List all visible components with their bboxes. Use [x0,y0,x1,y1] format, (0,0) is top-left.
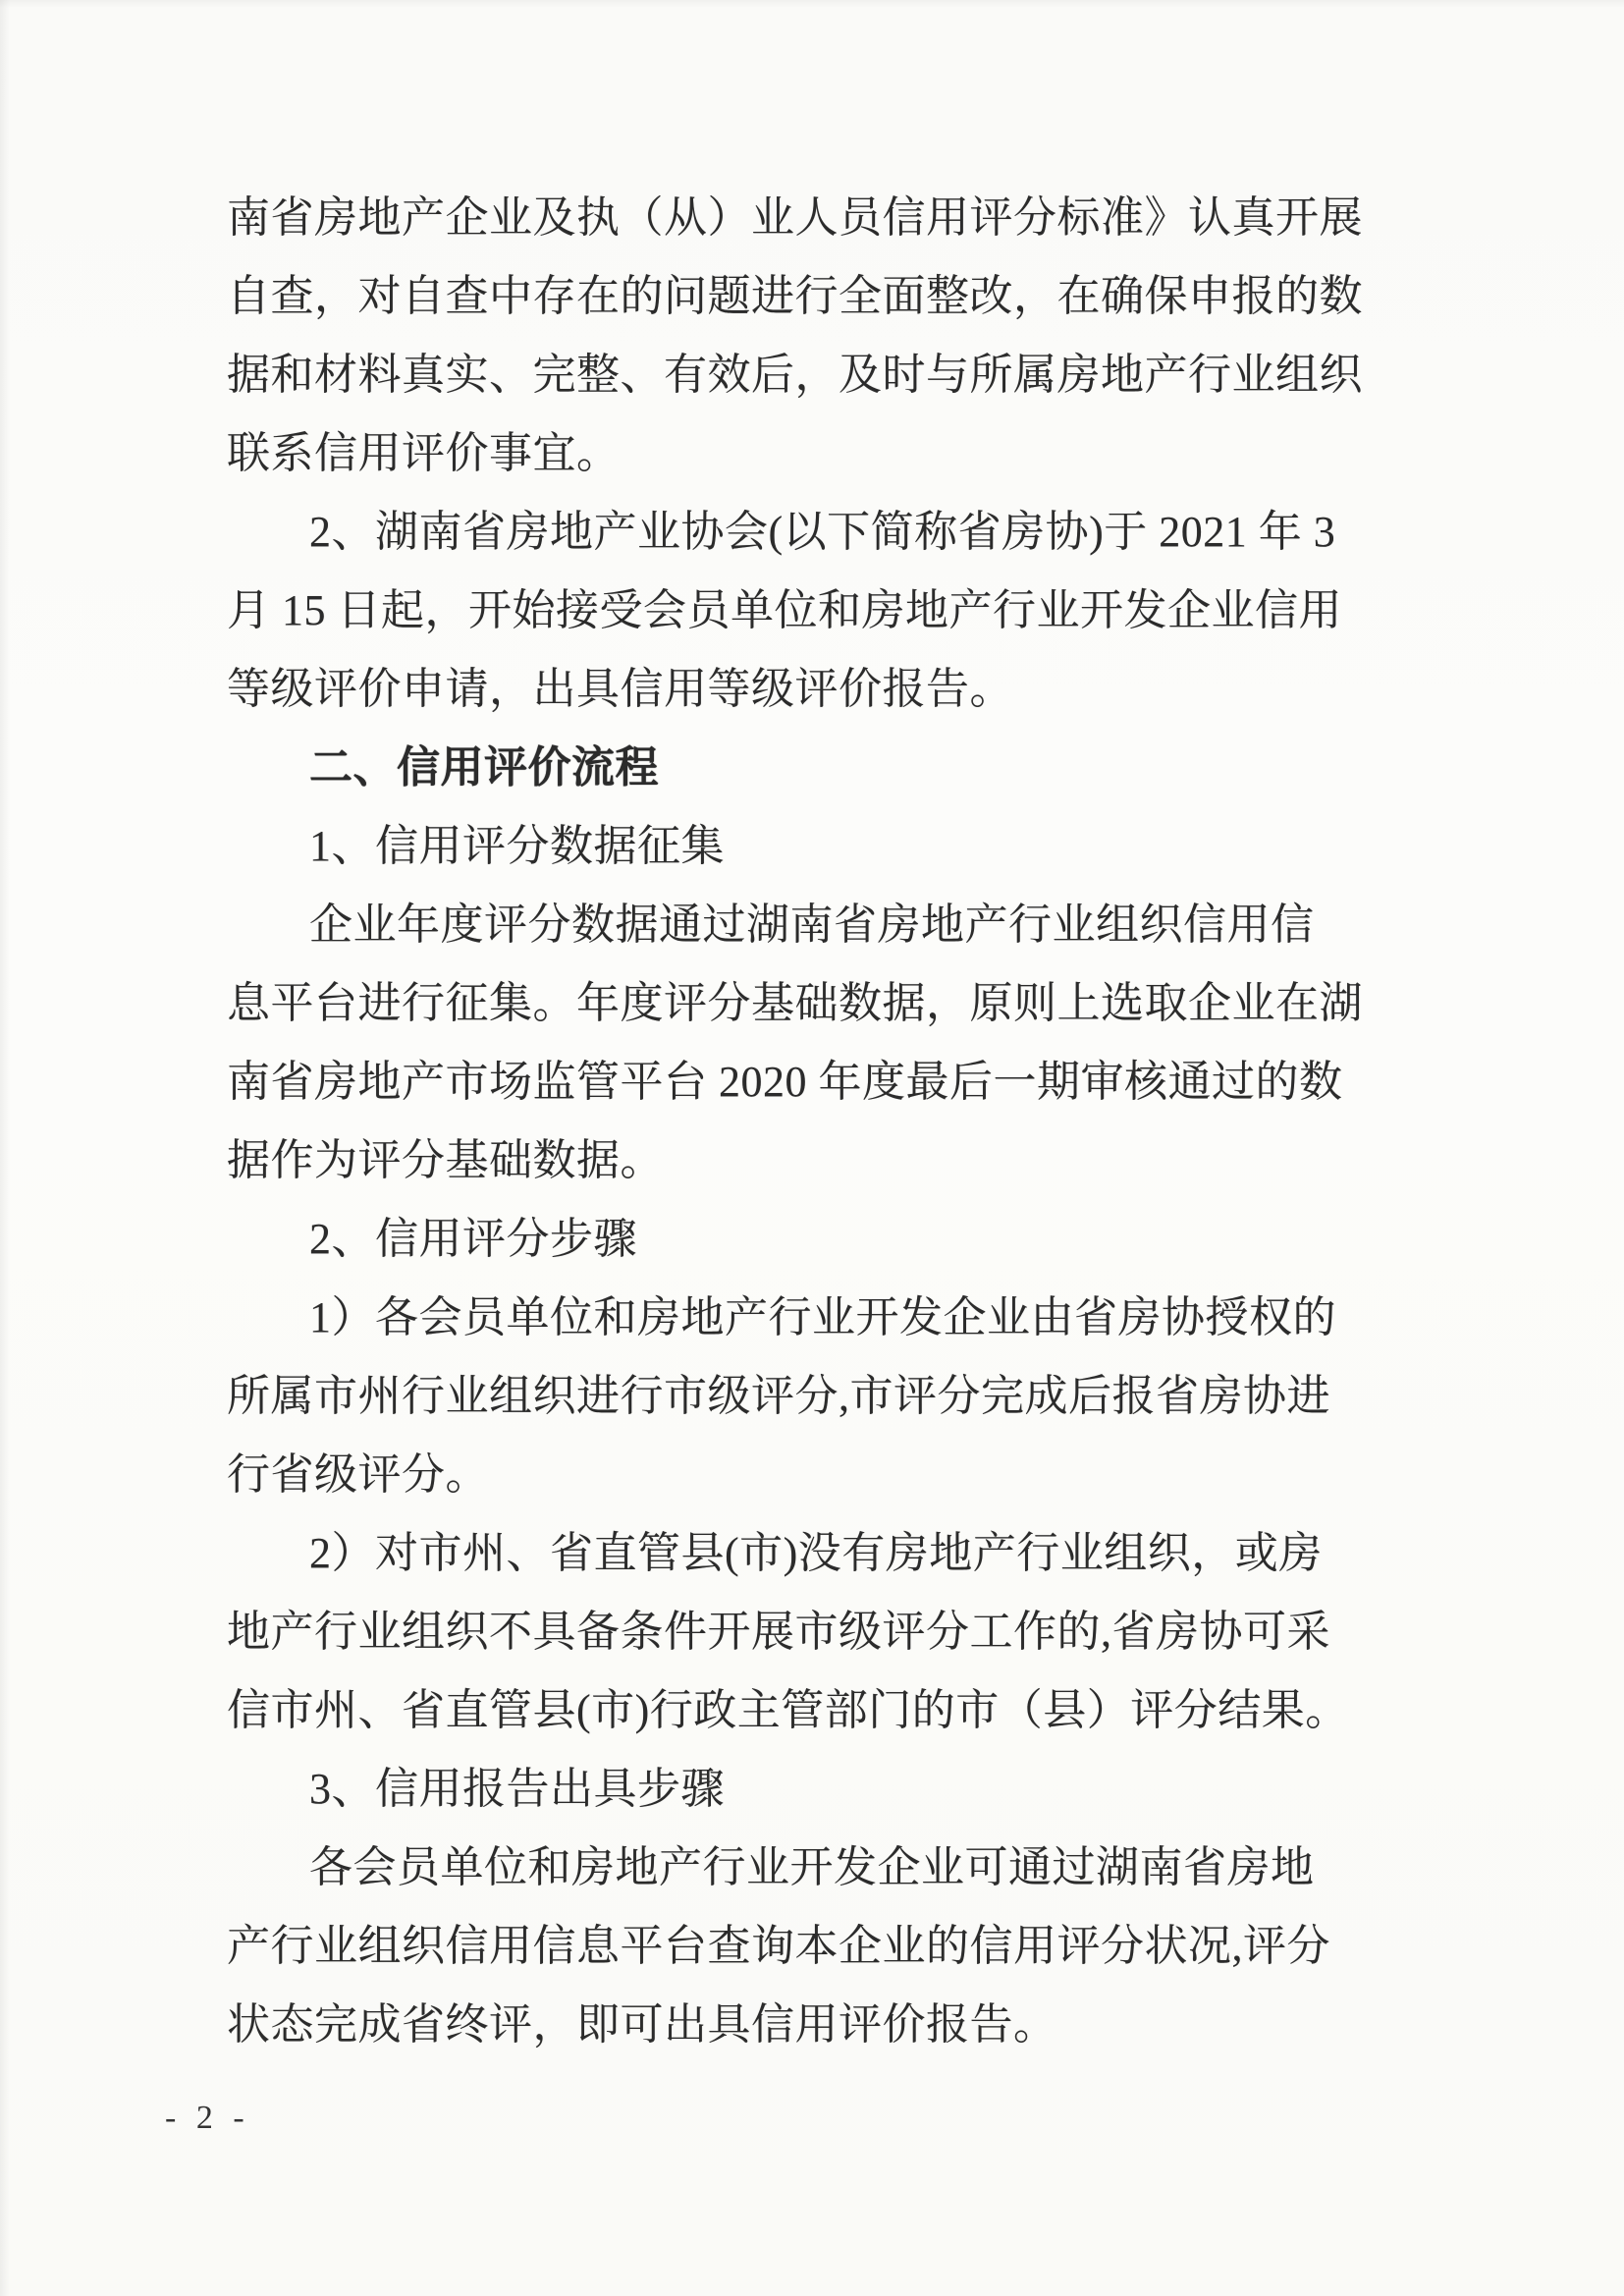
text-line: 据作为评分基础数据。 [227,1121,1474,1200]
document-body: 南省房地产企业及执（从）业人员信用评分标准》认真开展自查，对自查中存在的问题进行… [227,179,1474,2064]
text-line: 所属市州行业组织进行市级评分,市评分完成后报省房协进 [227,1357,1474,1436]
text-line: 1）各会员单位和房地产行业开发企业由省房协授权的 [227,1279,1474,1357]
page-number: - 2 - [165,2100,250,2137]
text-line: 2、湖南省房地产业协会(以下简称省房协)于 2021 年 3 [227,493,1474,572]
text-line: 息平台进行征集。年度评分基础数据，原则上选取企业在湖 [227,964,1474,1043]
text-line: 状态完成省终评，即可出具信用评价报告。 [227,1986,1474,2064]
text-line: 产行业组织信用信息平台查询本企业的信用评分状况,评分 [227,1907,1474,1986]
text-line: 1、信用评分数据征集 [227,807,1474,886]
text-line: 南省房地产市场监管平台 2020 年度最后一期审核通过的数 [227,1043,1474,1121]
text-line: 据和材料真实、完整、有效后，及时与所属房地产行业组织 [227,336,1474,414]
text-line: 自查，对自查中存在的问题进行全面整改，在确保申报的数 [227,257,1474,336]
document-page: 南省房地产企业及执（从）业人员信用评分标准》认真开展自查，对自查中存在的问题进行… [0,0,1624,2296]
text-line: 2）对市州、省直管县(市)没有房地产行业组织，或房 [227,1514,1474,1593]
section-heading: 二、信用评价流程 [227,729,1474,807]
text-line: 2、信用评分步骤 [227,1200,1474,1279]
text-line: 行省级评分。 [227,1436,1474,1514]
text-line: 联系信用评价事宜。 [227,414,1474,493]
text-line: 3、信用报告出具步骤 [227,1750,1474,1829]
scan-edge-shadow [0,0,10,2296]
scan-edge-shadow [0,0,1624,8]
text-line: 地产行业组织不具备条件开展市级评分工作的,省房协可采 [227,1593,1474,1671]
text-line: 信市州、省直管县(市)行政主管部门的市（县）评分结果。 [227,1671,1474,1750]
text-line: 月 15 日起，开始接受会员单位和房地产行业开发企业信用 [227,572,1474,650]
text-line: 各会员单位和房地产行业开发企业可通过湖南省房地 [227,1829,1474,1907]
text-line: 企业年度评分数据通过湖南省房地产行业组织信用信 [227,886,1474,964]
text-line: 南省房地产企业及执（从）业人员信用评分标准》认真开展 [227,179,1474,257]
text-line: 等级评价申请，出具信用等级评价报告。 [227,650,1474,729]
